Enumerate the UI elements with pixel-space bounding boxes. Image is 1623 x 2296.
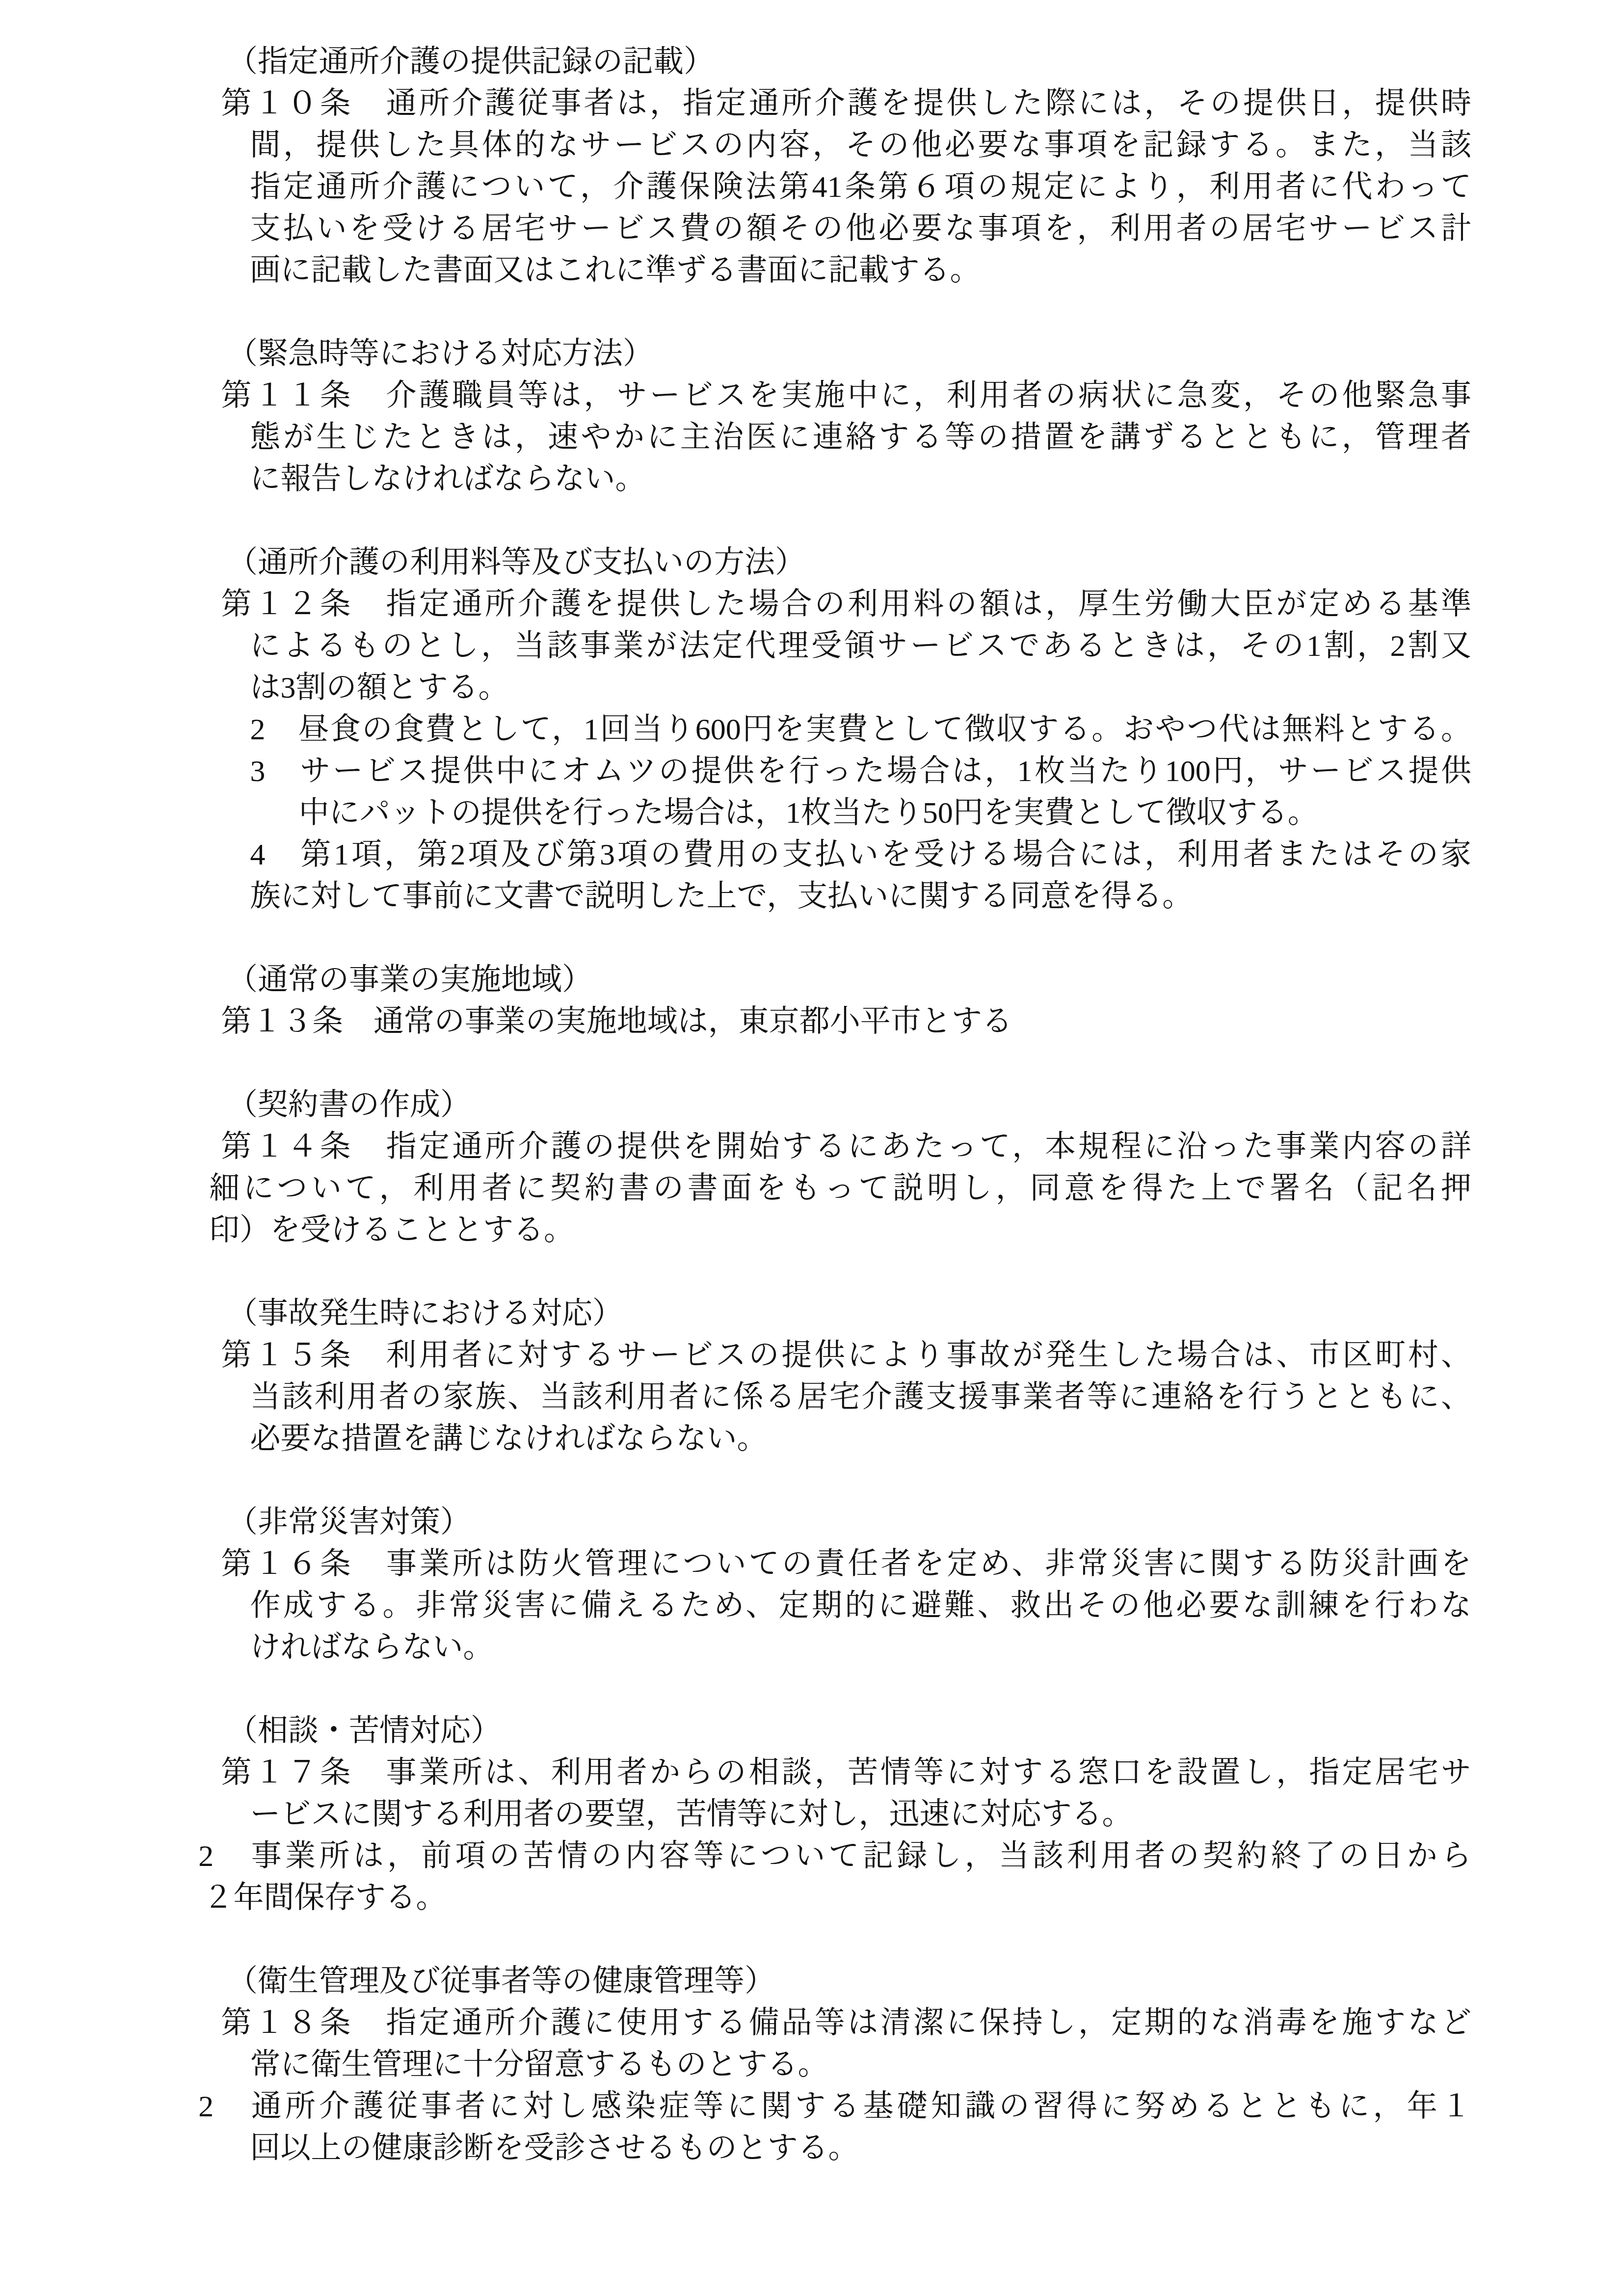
document-line: 支払いを受ける居宅サービス費の額その他必要な事項を，利用者の居宅サービス計 xyxy=(250,208,1471,250)
document-line: 族に対して事前に文書で説明した上で，支払いに関する同意を得る。 xyxy=(250,876,1471,918)
document-line: 第１８条 指定通所介護に使用する備品等は清潔に保持し，定期的な消毒を施すなど xyxy=(221,2002,1471,2044)
document-line: によるものとし，当該事業が法定代理受領サービスであるときは，その1割，2割又 xyxy=(250,625,1471,667)
document-line: 回以上の健康診断を受診させるものとする。 xyxy=(250,2128,1471,2169)
document-line: 2 事業所は，前項の苦情の内容等について記録し，当該利用者の契約終了の日から xyxy=(198,1836,1471,1877)
document-line: ービスに関する利用者の要望，苦情等に対し，迅速に対応する。 xyxy=(250,1794,1471,1836)
section-article-10: （指定通所介護の提供記録の記載） 第１０条 通所介護従事者は，指定通所介護を提供… xyxy=(195,41,1471,292)
document-line: 必要な措置を講じなければならない。 xyxy=(250,1418,1471,1460)
section-article-11: （緊急時等における対応方法） 第１１条 介護職員等は，サービスを実施中に，利用者… xyxy=(195,333,1471,500)
section-heading: （指定通所介護の提供記録の記載） xyxy=(227,41,1471,83)
document-line: は3割の額とする。 xyxy=(250,667,1471,709)
document-line: 4 第1項，第2項及び第3項の費用の支払いを受ける場合には，利用者またはその家 xyxy=(250,834,1471,876)
document-line: 画に記載した書面又はこれに準ずる書面に記載する。 xyxy=(250,250,1471,292)
section-article-18: （衛生管理及び従事者等の健康管理等） 第１８条 指定通所介護に使用する備品等は清… xyxy=(195,1961,1471,2169)
document-line: 細について，利用者に契約書の書面をもって説明し，同意を得た上で署名（記名押 xyxy=(209,1168,1471,1210)
section-article-12: （通所介護の利用料等及び支払いの方法） 第１２条 指定通所介護を提供した場合の利… xyxy=(195,542,1471,918)
document-line: 第１１条 介護職員等は，サービスを実施中に，利用者の病状に急変，その他緊急事 xyxy=(221,375,1471,417)
document-line: 中にパットの提供を行った場合は，1枚当たり50円を実費として徴収する。 xyxy=(299,792,1471,834)
document-line: に報告しなければならない。 xyxy=(250,459,1471,500)
section-heading: （非常災害対策） xyxy=(227,1502,1471,1543)
section-heading: （通常の事業の実施地域） xyxy=(227,959,1471,1001)
section-heading: （通所介護の利用料等及び支払いの方法） xyxy=(227,542,1471,584)
document-page: { "page": { "background": "#ffffff", "te… xyxy=(0,0,1623,2296)
section-heading: （衛生管理及び従事者等の健康管理等） xyxy=(227,1961,1471,2002)
document-line: 第１４条 指定通所介護の提供を開始するにあたって，本規程に沿った事業内容の詳 xyxy=(221,1126,1471,1168)
document-line: 2 昼食の食費として，1回当り600円を実費として徴収する。おやつ代は無料とする… xyxy=(250,709,1471,751)
section-article-17: （相談・苦情対応） 第１７条 事業所は、利用者からの相談，苦情等に対する窓口を設… xyxy=(195,1710,1471,1919)
section-heading: （緊急時等における対応方法） xyxy=(227,333,1471,375)
document-line: 第１７条 事業所は、利用者からの相談，苦情等に対する窓口を設置し，指定居宅サ xyxy=(221,1752,1471,1794)
document-line: ければならない。 xyxy=(250,1627,1471,1669)
section-heading: （事故発生時における対応） xyxy=(227,1293,1471,1335)
document-line: 3 サービス提供中にオムツの提供を行った場合は，1枚当たり100円，サービス提供 xyxy=(250,751,1471,792)
section-heading: （相談・苦情対応） xyxy=(227,1710,1471,1752)
document-line: 常に衛生管理に十分留意するものとする。 xyxy=(250,2044,1471,2086)
document-line: 第１６条 事業所は防火管理についての責任者を定め、非常災害に関する防災計画を xyxy=(221,1543,1471,1585)
document-line: 間，提供した具体的なサービスの内容，その他必要な事項を記録する。また，当該 xyxy=(250,125,1471,166)
section-article-15: （事故発生時における対応） 第１５条 利用者に対するサービスの提供により事故が発… xyxy=(195,1293,1471,1460)
document-line: 指定通所介護について，介護保険法第41条第６項の規定により，利用者に代わって xyxy=(250,166,1471,208)
document-line: 2 通所介護従事者に対し感染症等に関する基礎知識の習得に努めるとともに，年１ xyxy=(198,2086,1471,2128)
document-line: 第１０条 通所介護従事者は，指定通所介護を提供した際には，その提供日，提供時 xyxy=(221,83,1471,125)
document-line: 第１３条 通常の事業の実施地域は，東京都小平市とする xyxy=(221,1001,1471,1043)
section-heading: （契約書の作成） xyxy=(227,1084,1471,1126)
document-line: 態が生じたときは，速やかに主治医に連絡する等の措置を講ずるとともに，管理者 xyxy=(250,417,1471,459)
section-article-16: （非常災害対策） 第１６条 事業所は防火管理についての責任者を定め、非常災害に関… xyxy=(195,1502,1471,1669)
document-body: （指定通所介護の提供記録の記載） 第１０条 通所介護従事者は，指定通所介護を提供… xyxy=(195,41,1471,2211)
section-article-13: （通常の事業の実施地域） 第１３条 通常の事業の実施地域は，東京都小平市とする xyxy=(195,959,1471,1043)
document-line: 印）を受けることとする。 xyxy=(209,1210,1471,1251)
document-line: 第１５条 利用者に対するサービスの提供により事故が発生した場合は、市区町村、 xyxy=(221,1335,1471,1377)
document-line: 当該利用者の家族、当該利用者に係る居宅介護支援事業者等に連絡を行うとともに、 xyxy=(250,1377,1471,1418)
document-line: 作成する。非常災害に備えるため、定期的に避難、救出その他必要な訓練を行わな xyxy=(250,1585,1471,1627)
document-line: 第１２条 指定通所介護を提供した場合の利用料の額は，厚生労働大臣が定める基準 xyxy=(221,584,1471,625)
document-line: ２年間保存する。 xyxy=(203,1877,1472,1919)
section-article-14: （契約書の作成） 第１４条 指定通所介護の提供を開始するにあたって，本規程に沿っ… xyxy=(195,1084,1471,1251)
